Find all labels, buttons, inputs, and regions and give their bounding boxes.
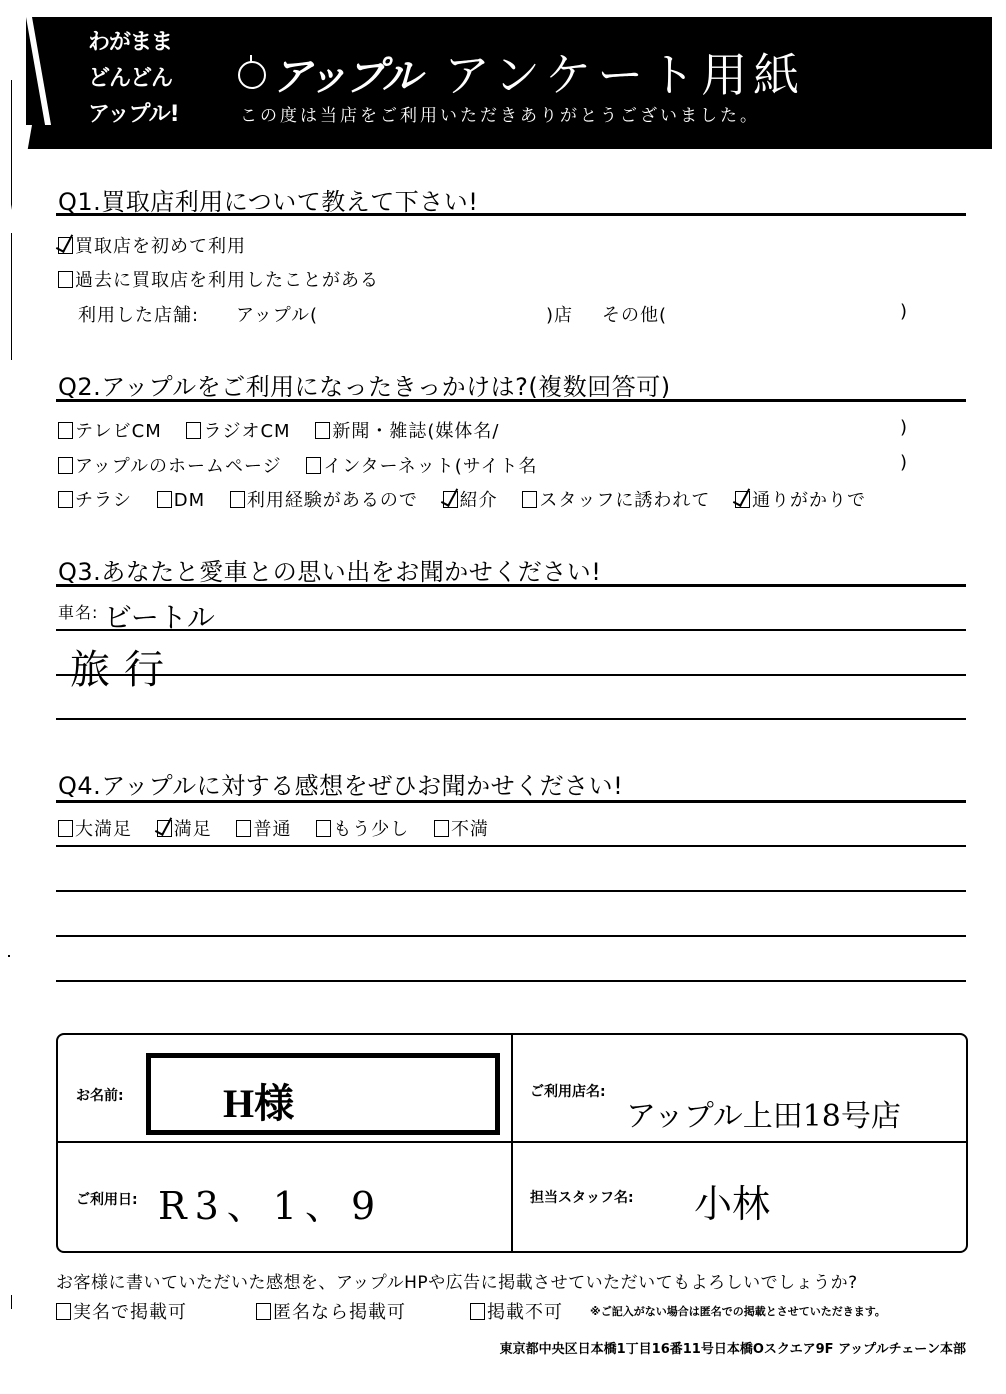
divider [58, 1141, 966, 1143]
q4-option[interactable]: 満足 [157, 819, 212, 840]
name-field[interactable]: H様 [146, 1053, 500, 1135]
option-label: スタッフに誘われて [539, 490, 710, 511]
option-label: アップルのホームページ [75, 456, 282, 477]
car-name-label: 車名: [58, 600, 98, 623]
customer-info-box: お名前: H様 ご利用店名: アップル上田18号店 ご利用日: R3、1、9 担… [56, 1033, 968, 1253]
option-label: 紹介 [460, 490, 498, 511]
q2-row: テレビCM ラジオCM 新聞・雑誌(媒体名/ [58, 417, 517, 443]
q4-options: 大満足 満足 普通 もう少し 不満 [58, 815, 489, 841]
divider [511, 1035, 513, 1251]
brand-logo: アップル [272, 45, 420, 102]
survey-header: わがまま どんどん アップル! アップル アンケート用紙 この度は当店をご利用い… [26, 17, 992, 149]
option-label: チラシ [75, 490, 132, 511]
checkbox[interactable] [522, 491, 537, 508]
checkbox[interactable] [256, 1303, 271, 1320]
date-value[interactable]: R3、1、9 [158, 1175, 383, 1230]
catch-line: アップル! [88, 97, 208, 133]
option-label: 利用経験があるので [247, 490, 418, 511]
option-label: 実名で掲載可 [73, 1302, 187, 1323]
checkbox[interactable] [236, 820, 251, 837]
option-label: 匿名なら掲載可 [273, 1302, 406, 1323]
option-label: ラジオCM [203, 421, 290, 442]
write-line [56, 890, 966, 892]
option-label: DM [174, 490, 205, 511]
q4-option[interactable]: 不満 [434, 819, 489, 840]
q2-option[interactable]: 利用経験があるので [230, 490, 418, 511]
checkbox[interactable] [157, 491, 172, 508]
checkbox[interactable] [316, 820, 331, 837]
q4-option[interactable]: もう少し [316, 819, 409, 840]
checkbox-checked[interactable] [157, 820, 172, 837]
q1-option[interactable]: 過去に買取店を利用したことがある [58, 266, 379, 292]
option-label: 買取店を初めて利用 [75, 236, 246, 257]
consent-option[interactable]: 匿名なら掲載可 [256, 1298, 406, 1324]
option-label: 掲載不可 [487, 1302, 563, 1323]
option-label: 通りがかりで [752, 490, 866, 511]
checkbox[interactable] [306, 457, 321, 474]
option-label: 不満 [451, 819, 489, 840]
page-title: アンケート用紙 [444, 39, 805, 105]
q1-title: Q1.買取店利用について教えて下さい! [58, 182, 478, 217]
consent-question: お客様に書いていただいた感想を、アップルHPや広告に掲載させていただいてもよろし… [56, 1268, 858, 1293]
q2-row: チラシ DM 利用経験があるので 紹介 スタッフに誘われて 通りがかりで [58, 486, 866, 512]
checkbox[interactable] [470, 1303, 485, 1320]
q1-apple-suffix: )店 [546, 301, 573, 327]
q2-row: アップルのホームページ インターネット(サイト名 [58, 452, 556, 478]
q4-title: Q4.アップルに対する感想をぜひお聞かせください! [58, 766, 623, 801]
slash-decoration [26, 17, 51, 125]
option-label: 新聞・雑誌(媒体名/ [332, 421, 499, 442]
q2-option[interactable]: テレビCM [58, 421, 162, 442]
q2-option[interactable]: ラジオCM [186, 421, 290, 442]
staff-label: 担当スタッフ名: [530, 1187, 634, 1207]
q2-option[interactable]: アップルのホームページ [58, 456, 282, 477]
q2-option[interactable]: 通りがかりで [735, 490, 866, 511]
q2-option[interactable]: 紹介 [443, 490, 498, 511]
q2-option[interactable]: スタッフに誘われて [522, 490, 710, 511]
checkbox-checked[interactable] [735, 491, 750, 508]
checkbox-checked[interactable] [443, 491, 458, 508]
checkbox[interactable] [58, 422, 73, 439]
q1-option[interactable]: 買取店を初めて利用 [58, 232, 246, 258]
scan-edge-mark [11, 1295, 12, 1309]
catch-line: わがまま [88, 25, 208, 61]
checkbox[interactable] [58, 820, 73, 837]
scan-edge-mark [8, 955, 10, 957]
divider [56, 213, 966, 216]
q3-title: Q3.あなたと愛車との思い出をお聞かせください! [58, 552, 601, 587]
write-line [56, 980, 966, 982]
name-value: H様 [223, 1072, 294, 1129]
option-label: 満足 [174, 819, 212, 840]
checkbox[interactable] [56, 1303, 71, 1320]
consent-note: ※ご記入がない場合は匿名での掲載とさせていただきます。 [590, 1303, 886, 1319]
memory-line-1[interactable]: 旅行 [70, 638, 178, 695]
write-line [56, 845, 966, 847]
q1-apple-prefix: アップル( [236, 301, 318, 327]
option-label: もう少し [333, 819, 409, 840]
option-label: テレビCM [75, 421, 162, 442]
name-label: お名前: [76, 1085, 124, 1105]
divider [56, 584, 966, 587]
page-subtitle: この度は当店をご利用いただきありがとうございました。 [240, 101, 760, 126]
q2-option[interactable]: DM [157, 490, 205, 511]
q4-option[interactable]: 大満足 [58, 819, 132, 840]
checkbox[interactable] [315, 422, 330, 439]
checkbox-checked[interactable] [58, 237, 73, 254]
date-label: ご利用日: [76, 1189, 138, 1209]
write-line [56, 935, 966, 937]
divider [56, 399, 966, 402]
checkbox[interactable] [58, 491, 73, 508]
option-label: インターネット(サイト名 [323, 456, 537, 477]
q1-other-suffix: ) [900, 301, 908, 322]
write-line [56, 718, 966, 720]
q1-store-label: 利用した店舗: [78, 301, 199, 327]
catchphrase: わがまま どんどん アップル! [88, 25, 208, 133]
q2-option[interactable]: 新聞・雑誌(媒体名/ [315, 421, 499, 442]
store-value[interactable]: アップル上田18号店 [626, 1091, 901, 1135]
q4-option[interactable]: 普通 [236, 819, 291, 840]
q2-title: Q2.アップルをご利用になったきっかけは?(複数回答可) [58, 367, 671, 402]
write-line [56, 674, 966, 676]
staff-value[interactable]: 小林 [694, 1173, 770, 1228]
q1-other-prefix: その他( [602, 301, 667, 327]
consent-option[interactable]: 実名で掲載可 [56, 1298, 187, 1324]
q2-option[interactable]: インターネット(サイト名 [306, 456, 537, 477]
option-label: 普通 [253, 819, 291, 840]
option-label: 過去に買取店を利用したことがある [75, 270, 379, 291]
apple-icon [238, 61, 266, 89]
store-label: ご利用店名: [530, 1081, 606, 1101]
footer-address: 東京都中央区日本橋1丁目16番11号日本橋Oスクエア9F アップルチェーン本部 [500, 1338, 966, 1357]
q2-option[interactable]: チラシ [58, 490, 132, 511]
option-label: 大満足 [75, 819, 132, 840]
close-paren: ) [900, 452, 908, 473]
checkbox[interactable] [434, 820, 449, 837]
checkbox[interactable] [58, 271, 73, 288]
checkbox[interactable] [230, 491, 245, 508]
checkbox[interactable] [186, 422, 201, 439]
divider [56, 800, 966, 803]
write-line [56, 629, 966, 631]
consent-option[interactable]: 掲載不可 [470, 1298, 563, 1324]
catch-line: どんどん [88, 61, 208, 97]
close-paren: ) [900, 417, 908, 438]
checkbox[interactable] [58, 457, 73, 474]
